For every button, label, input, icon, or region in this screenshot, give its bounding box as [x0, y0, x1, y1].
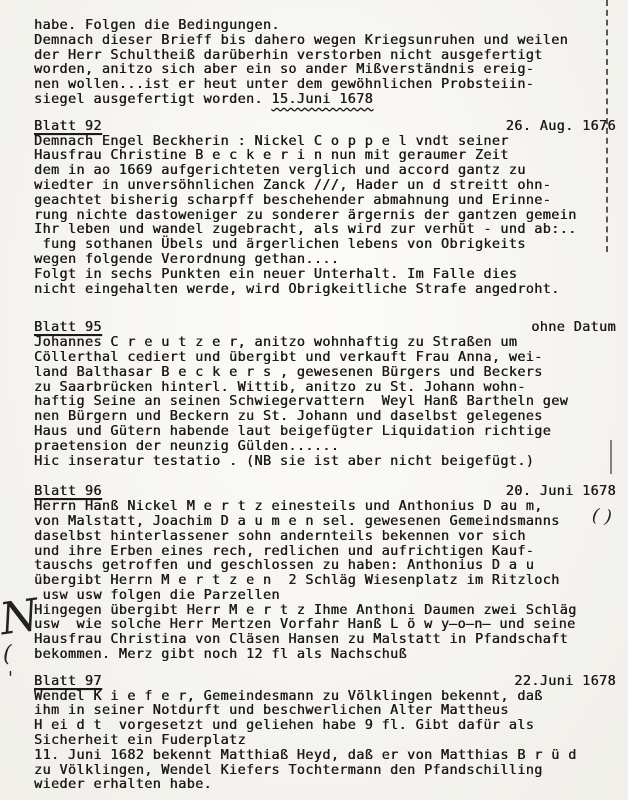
- intro-date-underlined: 15.Juni 1678: [271, 91, 373, 107]
- right-margin-pen-line: [606, 0, 608, 252]
- entry-heading: Blatt 92: [34, 119, 102, 134]
- entry-body: Demnach Engel Beckherin : Nickel C o p p…: [34, 134, 616, 297]
- entry-blatt-97: Blatt 97 22.Juni 1678 Wendel K i e f e r…: [34, 674, 616, 792]
- entry-heading: Blatt 96: [34, 484, 102, 499]
- right-margin-pen-stroke: [610, 440, 612, 474]
- left-margin-paren-mark: (: [3, 642, 12, 667]
- entry-heading: Blatt 95: [34, 320, 102, 335]
- document-text-block: habe. Folgen die Bedingungen. Demnach di…: [34, 18, 616, 792]
- entry-header: Blatt 95 ohne Datum: [34, 320, 616, 335]
- left-margin-tick-mark: ': [8, 668, 13, 689]
- entry-heading: Blatt 97: [34, 674, 102, 689]
- entry-header: Blatt 97 22.Juni 1678: [34, 674, 616, 689]
- entry-header: Blatt 92 26. Aug. 1676: [34, 119, 616, 134]
- left-margin-handwritten-mark: N: [0, 590, 42, 646]
- entry-blatt-95: Blatt 95 ohne Datum Johannes C r e u t z…: [34, 320, 616, 468]
- entry-body: Herrn Hanß Nickel M e r t z einesteils u…: [34, 499, 616, 662]
- entry-header: Blatt 96 20. Juni 1678: [34, 484, 616, 499]
- entry-date: 20. Juni 1678: [506, 484, 616, 499]
- intro-paragraph: habe. Folgen die Bedingungen. Demnach di…: [34, 18, 616, 107]
- entry-blatt-96: Blatt 96 20. Juni 1678 Herrn Hanß Nickel…: [34, 484, 616, 662]
- entry-date: ohne Datum: [531, 320, 616, 335]
- entry-date: 22.Juni 1678: [514, 674, 616, 689]
- right-margin-parens-mark: ( ): [591, 505, 613, 528]
- entry-body: Johannes C r e u t z e r, anitzo wohnhaf…: [34, 335, 616, 468]
- entry-body: Wendel K i e f e r, Gemeindesmann zu Völ…: [34, 689, 616, 793]
- scanned-document-page: habe. Folgen die Bedingungen. Demnach di…: [0, 0, 628, 800]
- entry-blatt-92: Blatt 92 26. Aug. 1676 Demnach Engel Bec…: [34, 119, 616, 297]
- entry-date: 26. Aug. 1676: [506, 119, 616, 134]
